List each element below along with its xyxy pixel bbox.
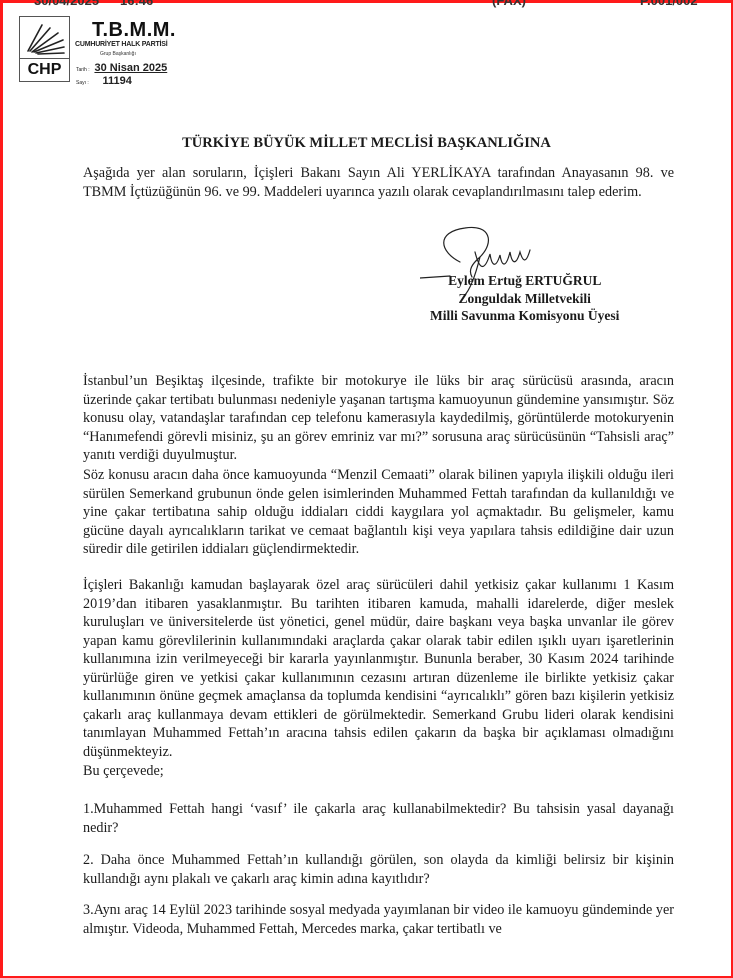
document-heading: TÜRKİYE BÜYÜK MİLLET MECLİSİ BAŞKANLIĞIN… <box>0 135 733 152</box>
stamp-number-value: 11194 <box>102 75 131 87</box>
body-paragraph-intro-questions: Bu çerçevede; <box>83 762 674 781</box>
body-paragraph: İçişleri Bakanlığı kamudan başlayarak öz… <box>83 576 674 761</box>
stamp-group: Grup Başkanlığı <box>100 51 136 57</box>
stamp-number-row: Sayı : 11194 <box>76 71 132 89</box>
question-item: 2. Daha önce Muhammed Fettah’ın kullandı… <box>83 851 674 888</box>
logo-text: CHP <box>20 61 69 79</box>
signatory-role: Zonguldak Milletvekili <box>430 290 619 308</box>
stamp-number-label: Sayı : <box>76 80 90 86</box>
signature-block: Eylem Ertuğ ERTUĞRUL Zonguldak Milletvek… <box>430 272 619 325</box>
fax-page-number: P.001/002 <box>640 0 698 8</box>
question-item: 1.Muhammed Fettah hangi ‘vasıf’ ile çaka… <box>83 800 674 837</box>
chp-logo: CHP <box>19 16 70 82</box>
signatory-committee: Milli Savunma Komisyonu Üyesi <box>430 307 619 325</box>
body-paragraph: Söz konusu aracın daha önce kamuoyunda “… <box>83 466 674 559</box>
stamp-party-name: CUMHURİYET HALK PARTİSİ <box>75 41 168 48</box>
body-paragraph: İstanbul’un Beşiktaş ilçesinde, trafikte… <box>83 372 674 465</box>
fax-mode: (FAX) <box>492 0 526 8</box>
fax-time: 16:46 <box>120 0 153 8</box>
fax-date: 30/04/2025 <box>34 0 99 8</box>
signatory-name: Eylem Ertuğ ERTUĞRUL <box>430 272 619 290</box>
stamp-title: T.B.M.M. <box>92 19 176 42</box>
intro-paragraph: Aşağıda yer alan soruların, İçişleri Bak… <box>83 164 674 201</box>
six-arrows-icon <box>20 17 69 57</box>
question-item: 3.Aynı araç 14 Eylül 2023 tarihinde sosy… <box>83 901 674 938</box>
logo-divider <box>20 58 69 59</box>
